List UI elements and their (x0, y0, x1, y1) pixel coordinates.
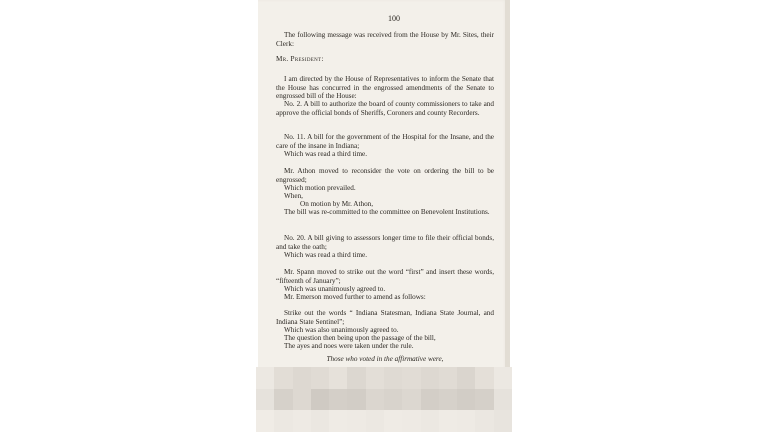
redaction-block (494, 389, 512, 411)
paragraph: Mr. Athon moved to reconsider the vote o… (276, 167, 494, 184)
redaction-block (274, 367, 292, 389)
paragraph: Mr. President: (276, 55, 494, 64)
redaction-block (366, 410, 384, 432)
redaction-block (475, 389, 493, 411)
redaction-block (366, 389, 384, 411)
redaction-block (293, 367, 311, 389)
redaction-block (274, 410, 292, 432)
redaction-block (457, 410, 475, 432)
redaction-block (439, 389, 457, 411)
redaction-block (347, 410, 365, 432)
redaction-block (475, 410, 493, 432)
redaction-block (256, 410, 274, 432)
paragraph: Which was read a third time. (276, 150, 494, 159)
paragraph: Strike out the words “ Indiana Statesman… (276, 309, 494, 326)
redaction-block (421, 410, 439, 432)
redaction-block (329, 389, 347, 411)
redaction-block (457, 389, 475, 411)
paragraph: Which was read a third time. (276, 251, 494, 260)
redaction-block (366, 367, 384, 389)
redaction-block (439, 410, 457, 432)
page-number: 100 (276, 15, 512, 24)
redaction-block (439, 367, 457, 389)
paragraph: Mr. Emerson moved further to amend as fo… (276, 293, 494, 302)
redaction-block (293, 389, 311, 411)
redaction-block (384, 410, 402, 432)
redaction-block (421, 389, 439, 411)
redaction-block (347, 367, 365, 389)
redaction-block (311, 410, 329, 432)
redaction-block (494, 367, 512, 389)
redaction-block (402, 367, 420, 389)
redaction-block (384, 367, 402, 389)
paragraph: No. 20. A bill giving to assessors longe… (276, 234, 494, 251)
redaction-block (293, 410, 311, 432)
paragraph: The ayes and noes were taken under the r… (276, 342, 494, 351)
paragraph: I am directed by the House of Representa… (276, 75, 494, 101)
paragraph: No. 2. A bill to authorize the board of … (276, 100, 494, 117)
paragraph: No. 11. A bill for the government of the… (276, 133, 494, 150)
redaction-block (256, 389, 274, 411)
redacted-region (256, 367, 512, 432)
redaction-block (329, 367, 347, 389)
paragraph: Mr. Spann moved to strike out the word “… (276, 268, 494, 285)
redaction-block (311, 367, 329, 389)
paragraph: Those who voted in the affirmative were, (276, 355, 494, 364)
redaction-block (274, 389, 292, 411)
paragraph: The following message was received from … (276, 31, 494, 48)
redaction-block (402, 389, 420, 411)
redaction-block (329, 410, 347, 432)
redaction-block (311, 389, 329, 411)
redaction-block (402, 410, 420, 432)
redaction-block (475, 367, 493, 389)
redaction-block (421, 367, 439, 389)
redaction-block (494, 410, 512, 432)
redaction-block (457, 367, 475, 389)
redaction-block (384, 389, 402, 411)
redaction-block (256, 367, 274, 389)
paragraph: The bill was re-committed to the committ… (276, 208, 494, 217)
redaction-block (347, 389, 365, 411)
